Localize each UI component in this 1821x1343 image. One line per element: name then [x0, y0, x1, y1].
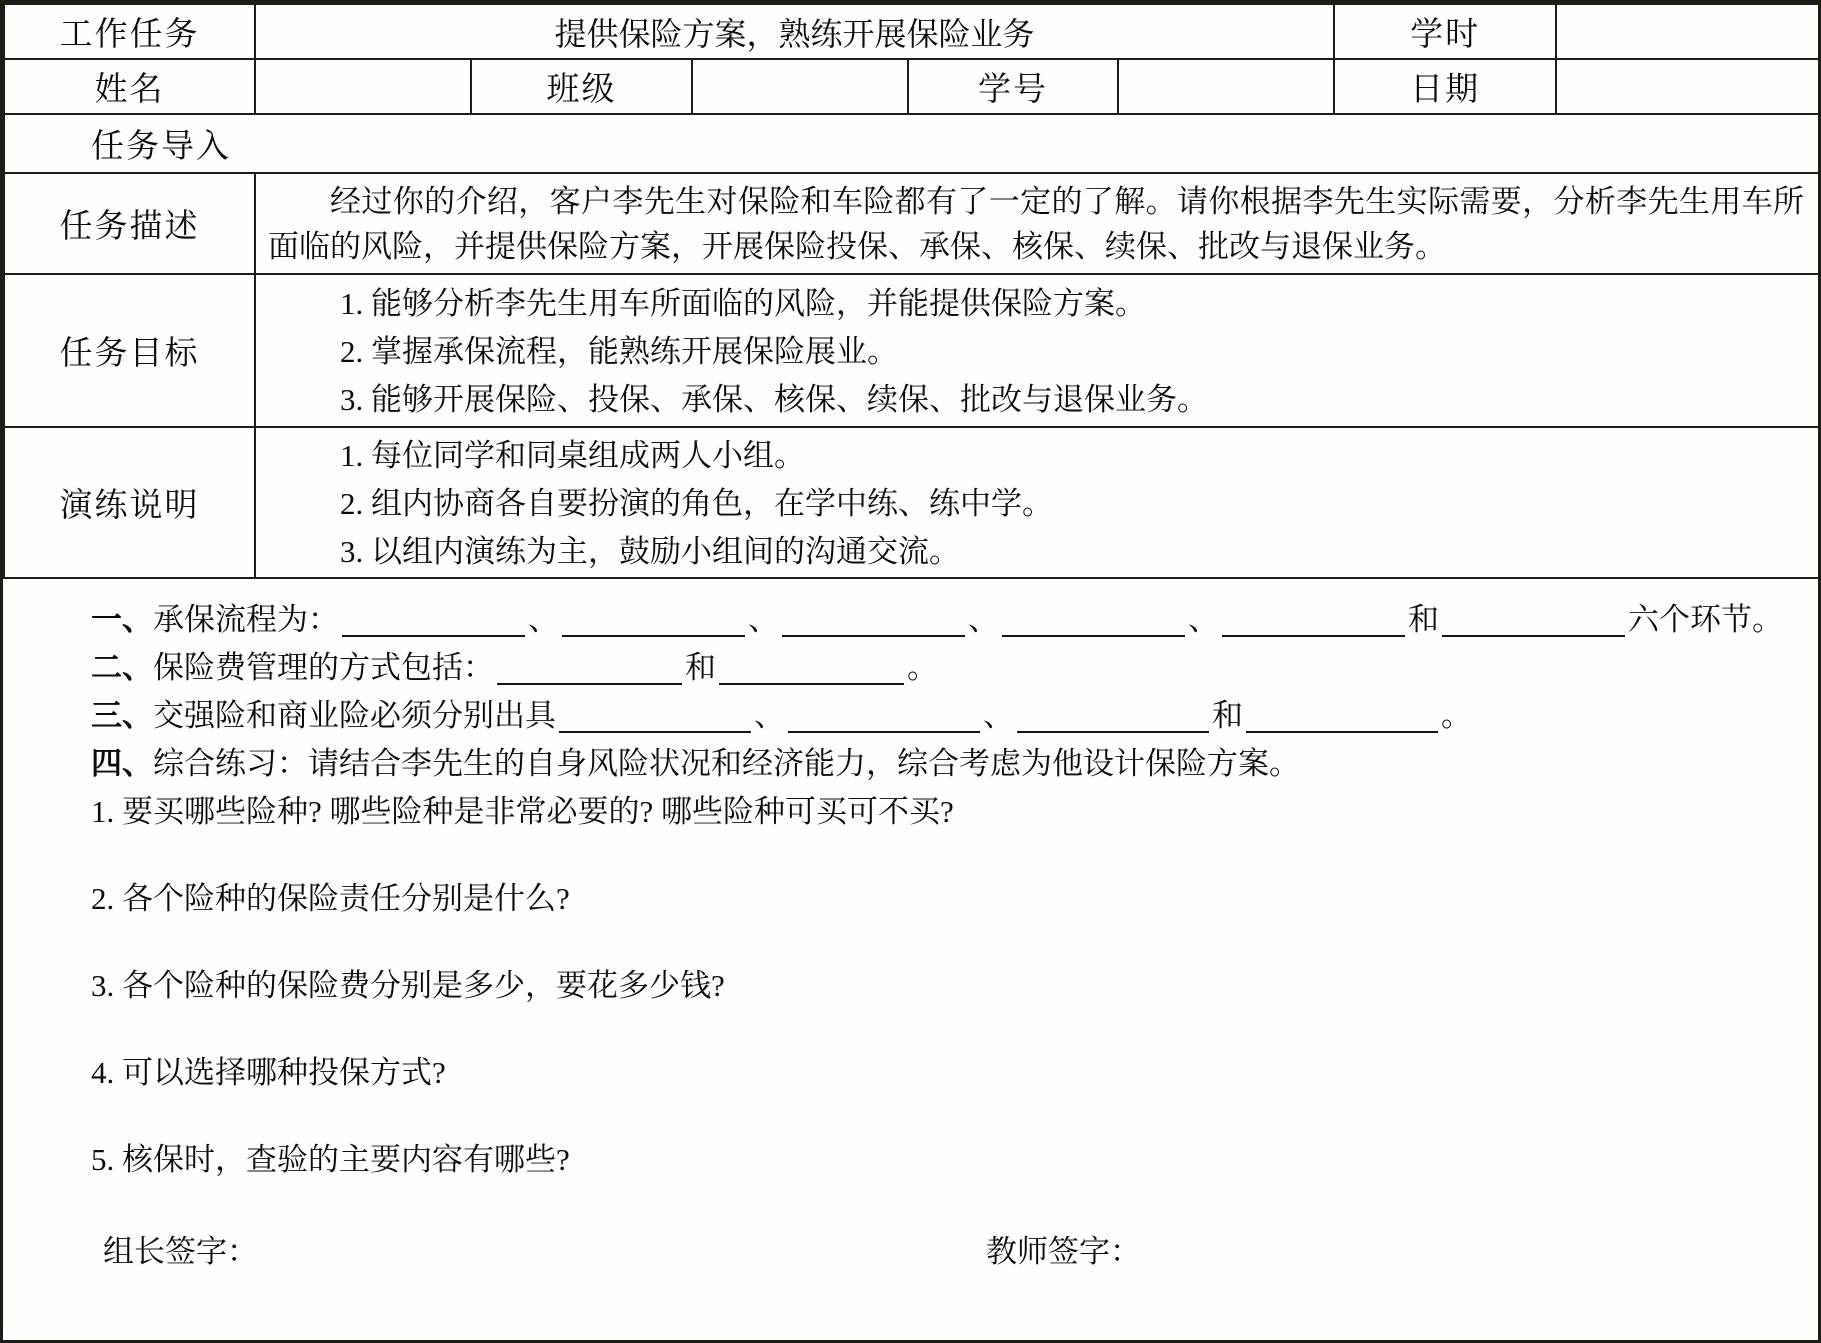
fill-text: 、 — [968, 602, 999, 637]
fill-text: 承保流程为： — [153, 602, 339, 637]
list-item: 3. 以组内演练为主，鼓励小组间的沟通交流。 — [340, 528, 1821, 576]
list-item: 4. 可以选择哪种投保方式? — [91, 1052, 1808, 1094]
worksheet-page: 工作任务 提供保险方案，熟练开展保险业务 学时 姓名 班级 学号 日期 任务导入… — [0, 0, 1821, 1343]
list-item: 3. 能够开展保险、投保、承保、核保、续保、批改与退保业务。 — [340, 376, 1821, 424]
work-task-label: 工作任务 — [4, 4, 255, 59]
list-item: 3. 各个险种的保险费分别是多少，要花多少钱? — [91, 965, 1808, 1007]
row-task-goals: 任务目标 1. 能够分析李先生用车所面临的风险，并能提供保险方案。2. 掌握承保… — [4, 274, 1821, 427]
answer-blank — [497, 655, 682, 685]
drill-notes-list: 1. 每位同学和同桌组成两人小组。2. 组内协商各自要扮演的角色，在学中练、练中… — [256, 430, 1821, 576]
row-student-info: 姓名 班级 学号 日期 — [4, 59, 1821, 114]
answer-blank — [1222, 607, 1405, 637]
list-item: 1. 每位同学和同桌组成两人小组。 — [340, 432, 1821, 480]
task-info-table: 工作任务 提供保险方案，熟练开展保险业务 学时 姓名 班级 学号 日期 任务导入… — [3, 3, 1821, 579]
row-drill-notes: 演练说明 1. 每位同学和同桌组成两人小组。2. 组内协商各自要扮演的角色，在学… — [4, 427, 1821, 578]
item-number: 一、 — [91, 602, 153, 637]
fill-text: 、 — [983, 698, 1014, 733]
row-task-description: 任务描述 经过你的介绍，客户李先生对保险和车险都有了一定的了解。请你根据李先生实… — [4, 173, 1821, 274]
work-task-title: 提供保险方案，熟练开展保险业务 — [255, 4, 1334, 59]
class-label: 班级 — [471, 59, 692, 114]
fill-in-line: 四、综合练习：请结合李先生的自身风险状况和经济能力，综合考虑为他设计保险方案。 — [91, 743, 1808, 785]
fill-text: 交强险和商业险必须分别出具 — [153, 698, 556, 733]
task-description-cell: 经过你的介绍，客户李先生对保险和车险都有了一定的了解。请你根据李先生实际需要，分… — [255, 173, 1821, 274]
answer-blank — [788, 703, 980, 733]
item-number: 三、 — [91, 698, 153, 733]
fill-text: 。 — [1441, 698, 1472, 733]
hours-label: 学时 — [1334, 4, 1556, 59]
fill-text: 和 — [1408, 602, 1439, 637]
student-no-label: 学号 — [908, 59, 1118, 114]
fill-text: 、 — [528, 602, 559, 637]
teacher-signature-label: 教师签字： — [986, 1226, 1141, 1271]
task-goals-list: 1. 能够分析李先生用车所面临的风险，并能提供保险方案。2. 掌握承保流程，能熟… — [256, 278, 1821, 424]
fill-text: 、 — [754, 698, 785, 733]
signature-row: 组长签字： 教师签字： — [91, 1226, 1808, 1272]
drill-notes-label: 演练说明 — [4, 427, 255, 578]
fill-in-line: 三、交强险和商业险必须分别出具、、和。 — [91, 695, 1808, 737]
answer-blank — [1442, 607, 1625, 637]
list-item: 5. 核保时，查验的主要内容有哪些? — [91, 1139, 1808, 1181]
class-value-cell — [692, 59, 908, 114]
task-intro-label: 任务导入 — [4, 114, 1821, 173]
list-item: 2. 掌握承保流程，能熟练开展保险展业。 — [340, 328, 1821, 376]
name-value-cell — [255, 59, 471, 114]
fill-in-line: 二、保险费管理的方式包括：和。 — [91, 647, 1808, 689]
date-label: 日期 — [1334, 59, 1556, 114]
hours-value-cell — [1556, 4, 1821, 59]
fill-text: 。 — [907, 650, 938, 685]
date-value-cell — [1556, 59, 1821, 114]
fill-text: 、 — [748, 602, 779, 637]
list-item: 2. 各个险种的保险责任分别是什么? — [91, 878, 1808, 920]
fill-in-lines: 一、承保流程为：、、、、和六个环节。二、保险费管理的方式包括：和。三、交强险和商… — [91, 599, 1808, 785]
fill-text: 和 — [1212, 698, 1243, 733]
list-item: 1. 要买哪些险种? 哪些险种是非常必要的? 哪些险种可买可不买? — [91, 791, 1808, 833]
item-number: 四、 — [91, 746, 153, 781]
exercise-section: 一、承保流程为：、、、、和六个环节。二、保险费管理的方式包括：和。三、交强险和商… — [3, 579, 1818, 1343]
list-item: 1. 能够分析李先生用车所面临的风险，并能提供保险方案。 — [340, 280, 1821, 328]
task-description-label: 任务描述 — [4, 173, 255, 274]
answer-blank — [562, 607, 745, 637]
drill-notes-cell: 1. 每位同学和同桌组成两人小组。2. 组内协商各自要扮演的角色，在学中练、练中… — [255, 427, 1821, 578]
task-goals-label: 任务目标 — [4, 274, 255, 427]
fill-text: 保险费管理的方式包括： — [153, 650, 494, 685]
answer-blank — [1002, 607, 1185, 637]
task-description-text: 经过你的介绍，客户李先生对保险和车险都有了一定的了解。请你根据李先生实际需要，分… — [256, 177, 1821, 271]
name-label: 姓名 — [4, 59, 255, 114]
fill-in-line: 一、承保流程为：、、、、和六个环节。 — [91, 599, 1808, 641]
row-task-intro: 任务导入 — [4, 114, 1821, 173]
fill-text: 和 — [685, 650, 716, 685]
student-no-value-cell — [1118, 59, 1334, 114]
answer-blank — [719, 655, 904, 685]
answer-blank — [342, 607, 525, 637]
answer-blank — [559, 703, 751, 733]
answer-blank — [1246, 703, 1438, 733]
fill-text: 综合练习：请结合李先生的自身风险状况和经济能力，综合考虑为他设计保险方案。 — [153, 746, 1300, 781]
fill-text: 六个环节。 — [1628, 602, 1783, 637]
answer-blank — [1017, 703, 1209, 733]
leader-signature-label: 组长签字： — [103, 1226, 258, 1271]
task-goals-cell: 1. 能够分析李先生用车所面临的风险，并能提供保险方案。2. 掌握承保流程，能熟… — [255, 274, 1821, 427]
fill-text: 、 — [1188, 602, 1219, 637]
answer-blank — [782, 607, 965, 637]
row-work-task: 工作任务 提供保险方案，熟练开展保险业务 学时 — [4, 4, 1821, 59]
list-item: 2. 组内协商各自要扮演的角色，在学中练、练中学。 — [340, 480, 1821, 528]
item-number: 二、 — [91, 650, 153, 685]
question-list: 1. 要买哪些险种? 哪些险种是非常必要的? 哪些险种可买可不买?2. 各个险种… — [91, 791, 1808, 1181]
